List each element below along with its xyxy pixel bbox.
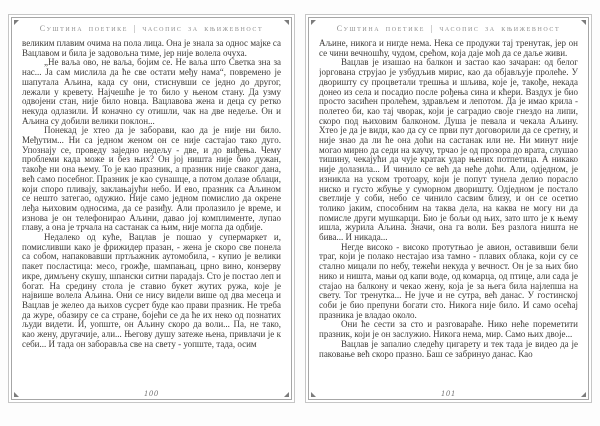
page-number: 100 — [9, 389, 294, 398]
paragraph: Они ће сести за сто и разговараће. Нико … — [319, 320, 578, 339]
corner-ornament-icon — [581, 392, 586, 397]
paragraph: великим плавим очима на пола лица. Она ј… — [22, 39, 281, 58]
page-text-block: великим плавим очима на пола лица. Она ј… — [22, 39, 281, 387]
corner-ornament-icon — [284, 392, 289, 397]
page-text-block: Аљине, никога и нигде нема. Нека се прод… — [319, 39, 578, 387]
book-spread: Суштина поетике | часопис за књижевност … — [0, 0, 600, 403]
corner-ornament-icon — [284, 20, 289, 25]
corner-ornament-icon — [311, 392, 316, 397]
paragraph: „Не ваља ово, не ваља, бојим се. Не ваља… — [22, 58, 281, 126]
page-right: Суштина поетике | часопис за књижевност … — [305, 14, 592, 403]
paragraph: Негде високо - високо протутњао је авион… — [319, 243, 578, 321]
paragraph: Понекад је хтео да је заборави, као да ј… — [22, 126, 281, 233]
page-number: 101 — [306, 389, 591, 398]
corner-ornament-icon — [14, 392, 19, 397]
paragraph: Недалеко од куће, Вацлав је пошао у супе… — [22, 233, 281, 349]
corner-ornament-icon — [14, 20, 19, 25]
running-header: Суштина поетике | часопис за књижевност — [9, 24, 294, 33]
running-header: Суштина поетике | часопис за књижевност — [306, 24, 591, 33]
paragraph: Вацлав је запалио следећу цигарету и тек… — [319, 340, 578, 359]
paragraph: Вацлав је изашао на балкон и застао као … — [319, 58, 578, 242]
page-left: Суштина поетике | часопис за књижевност … — [8, 14, 295, 403]
paragraph: Аљине, никога и нигде нема. Нека се прод… — [319, 39, 578, 58]
corner-ornament-icon — [311, 20, 316, 25]
corner-ornament-icon — [581, 20, 586, 25]
